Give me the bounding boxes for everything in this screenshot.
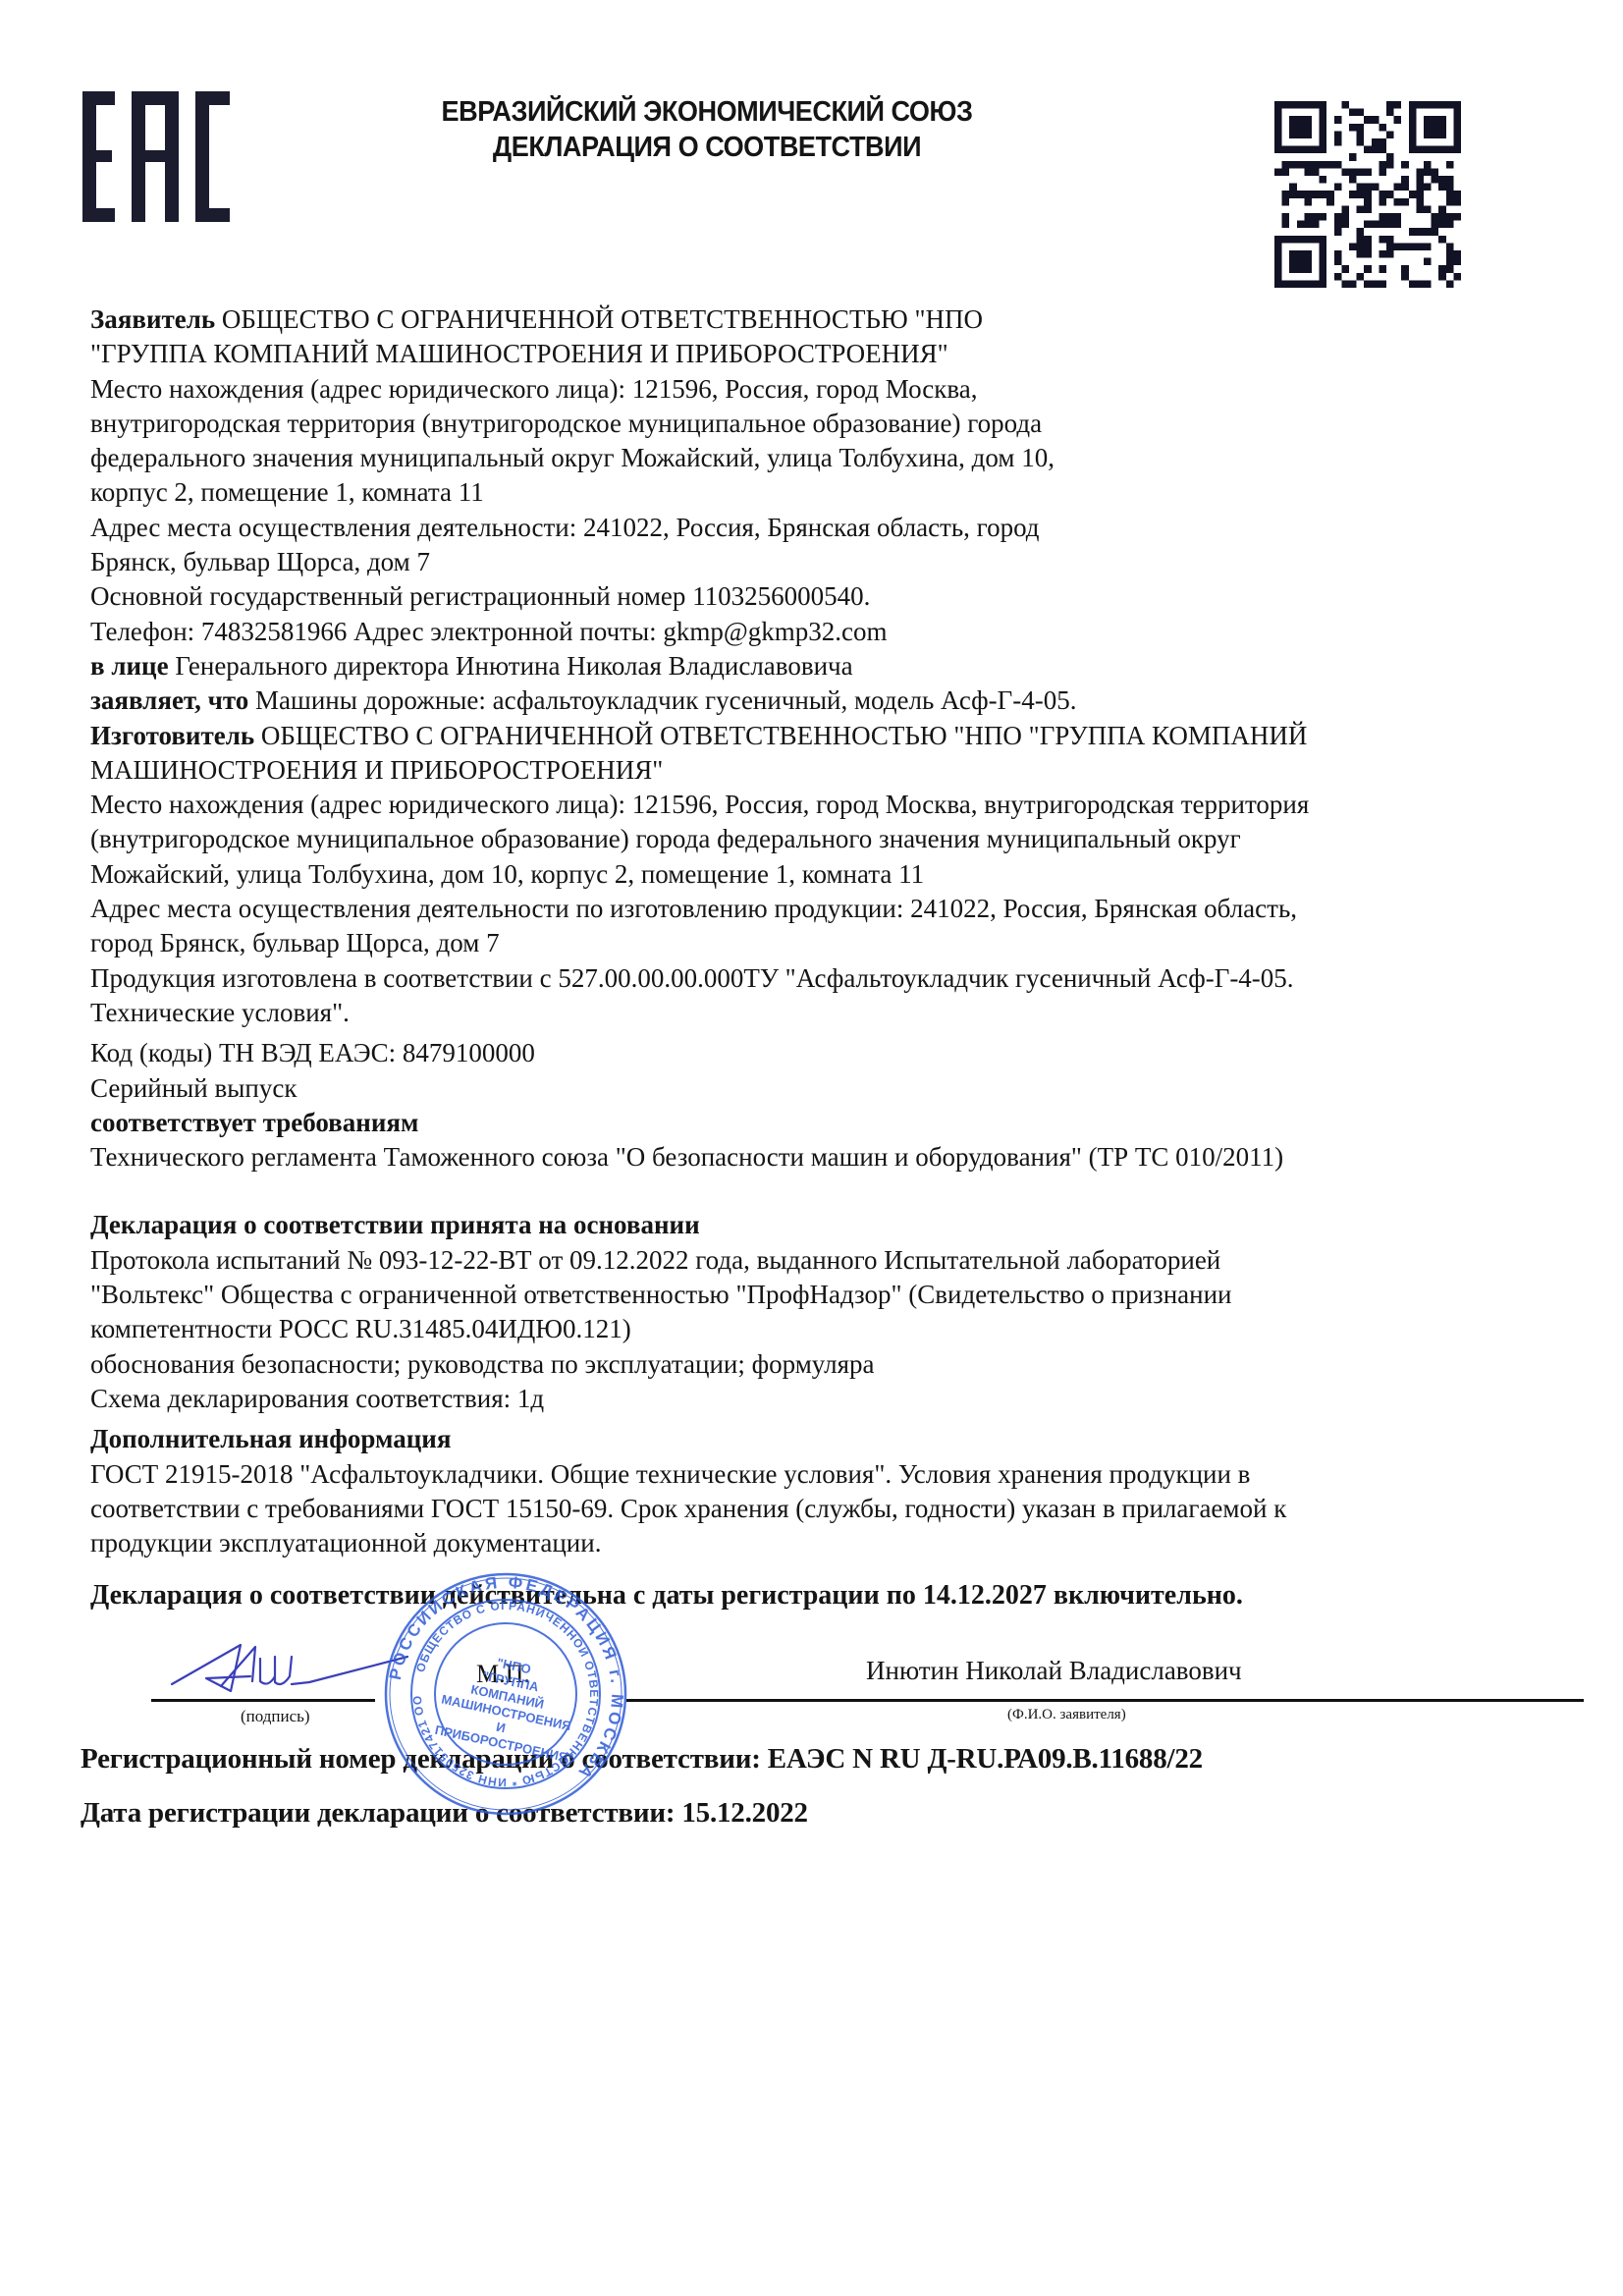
document-header: ЕВРАЗИЙСКИЙ ЭКОНОМИЧЕСКИЙ СОЮЗ ДЕКЛАРАЦИ… <box>390 94 1024 165</box>
applicant-section: Заявитель ОБЩЕСТВО С ОГРАНИЧЕННОЙ ОТВЕТС… <box>90 302 1543 719</box>
declaration-body: Заявитель ОБЩЕСТВО С ОГРАНИЧЕННОЙ ОТВЕТС… <box>90 302 1543 1613</box>
company-seal: РОССИЙСКАЯ ФЕДЕРАЦИЯ г. МОСКВА ОБЩЕСТВО … <box>383 1571 628 1817</box>
registration-number: Регистрационный номер декларации о соотв… <box>81 1743 1494 1776</box>
signature-caption: (подпись) <box>241 1707 310 1726</box>
registration-date: Дата регистрации декларации о соответств… <box>81 1797 1494 1830</box>
manufacturer-label: Изготовитель <box>90 721 254 750</box>
validity-statement: Декларация о соответствии действительна … <box>90 1578 1543 1613</box>
applicant-label: Заявитель <box>90 304 215 334</box>
release-type: Серийный выпуск <box>90 1071 1543 1106</box>
name-line <box>626 1699 1584 1702</box>
applicant-address-line: корпус 2, помещение 1, комната 11 <box>90 475 1543 510</box>
applicant-contacts: Телефон: 74832581966 Адрес электронной п… <box>90 615 1543 649</box>
manufacturer-address-line: Можайский, улица Толбухина, дом 10, корп… <box>90 857 1543 892</box>
manufacturer-spec: Технические условия". <box>90 996 1543 1030</box>
additional-info-line: ГОСТ 21915-2018 "Асфальтоукладчики. Общи… <box>90 1457 1543 1492</box>
manufacturer-section: Изготовитель ОБЩЕСТВО С ОГРАНИЧЕННОЙ ОТВ… <box>90 719 1543 1031</box>
technical-regulation: Технического регламента Таможенного союз… <box>90 1140 1543 1175</box>
manufacturer-production-address: Адрес места осуществления деятельности п… <box>90 892 1543 926</box>
complies-label: соответствует требованиям <box>90 1106 1543 1140</box>
basis-line: "Вольтекс" Общества с ограниченной ответ… <box>90 1278 1543 1312</box>
handwritten-signature <box>162 1637 417 1706</box>
additional-info-line: продукции эксплуатационной документации. <box>90 1526 1543 1560</box>
name-caption: (Ф.И.О. заявителя) <box>1007 1707 1126 1723</box>
additional-info-title: Дополнительная информация <box>90 1422 1543 1456</box>
manufacturer-spec: Продукция изготовлена в соответствии с 5… <box>90 961 1543 996</box>
basis-title: Декларация о соответствии принята на осн… <box>90 1208 1543 1242</box>
applicant-address-line: Место нахождения (адрес юридического лиц… <box>90 372 1543 407</box>
declaration-scheme: Схема декларирования соответствия: 1д <box>90 1382 1543 1416</box>
tn-ved-code: Код (коды) ТН ВЭД ЕАЭС: 8479100000 <box>90 1036 1543 1070</box>
qr-code-icon <box>1274 101 1461 288</box>
basis-line: компетентности РОСС RU.31485.04ИДЮ0.121) <box>90 1312 1543 1346</box>
applicant-ogrn: Основной государственный регистрационный… <box>90 579 1543 614</box>
declares-value: Машины дорожные: асфальтоукладчик гусени… <box>248 685 1076 715</box>
manufacturer-address-line: (внутригородское муниципальное образован… <box>90 822 1543 856</box>
applicant-address-line: федерального значения муниципальный окру… <box>90 441 1543 475</box>
qr-code[interactable] <box>1274 101 1461 288</box>
represented-label: в лице <box>90 651 169 681</box>
applicant-activity-address: Адрес места осуществления деятельности: … <box>90 511 1543 545</box>
applicant-activity-address: Брянск, бульвар Щорса, дом 7 <box>90 545 1543 579</box>
product-section: Код (коды) ТН ВЭД ЕАЭС: 8479100000 Серий… <box>90 1036 1543 1175</box>
additional-info-line: соответствии с требованиями ГОСТ 15150-6… <box>90 1492 1543 1526</box>
header-union-title: ЕВРАЗИЙСКИЙ ЭКОНОМИЧЕСКИЙ СОЮЗ <box>390 94 1024 130</box>
applicant-name: ОБЩЕСТВО С ОГРАНИЧЕННОЙ ОТВЕТСТВЕННОСТЬЮ… <box>215 304 983 334</box>
basis-section: Декларация о соответствии принята на осн… <box>90 1208 1543 1416</box>
declares-label: заявляет, что <box>90 685 248 715</box>
handwritten-signature-icon <box>162 1637 417 1706</box>
eac-logo <box>82 91 230 222</box>
signer-name: Инютин Николай Владиславович <box>866 1656 1242 1686</box>
basis-line: Протокола испытаний № 093-12-22-ВТ от 09… <box>90 1243 1543 1278</box>
additional-info-section: Дополнительная информация ГОСТ 21915-201… <box>90 1422 1543 1560</box>
header-doc-title: ДЕКЛАРАЦИЯ О СООТВЕТСТВИИ <box>390 130 1024 165</box>
eac-mark-icon <box>82 91 230 222</box>
applicant-address-line: внутригородская территория (внутригородс… <box>90 407 1543 441</box>
manufacturer-name: ОБЩЕСТВО С ОГРАНИЧЕННОЙ ОТВЕТСТВЕННОСТЬЮ… <box>254 721 1307 750</box>
represented-value: Генерального директора Инютина Николая В… <box>169 651 853 681</box>
manufacturer-address-line: Место нахождения (адрес юридического лиц… <box>90 788 1543 822</box>
manufacturer-production-address: город Брянск, бульвар Щорса, дом 7 <box>90 926 1543 960</box>
manufacturer-name-cont: МАШИНОСТРОЕНИЯ И ПРИБОРОСТРОЕНИЯ" <box>90 753 1543 788</box>
basis-line: обоснования безопасности; руководства по… <box>90 1347 1543 1382</box>
applicant-name-cont: "ГРУППА КОМПАНИЙ МАШИНОСТРОЕНИЯ И ПРИБОР… <box>90 337 1543 371</box>
